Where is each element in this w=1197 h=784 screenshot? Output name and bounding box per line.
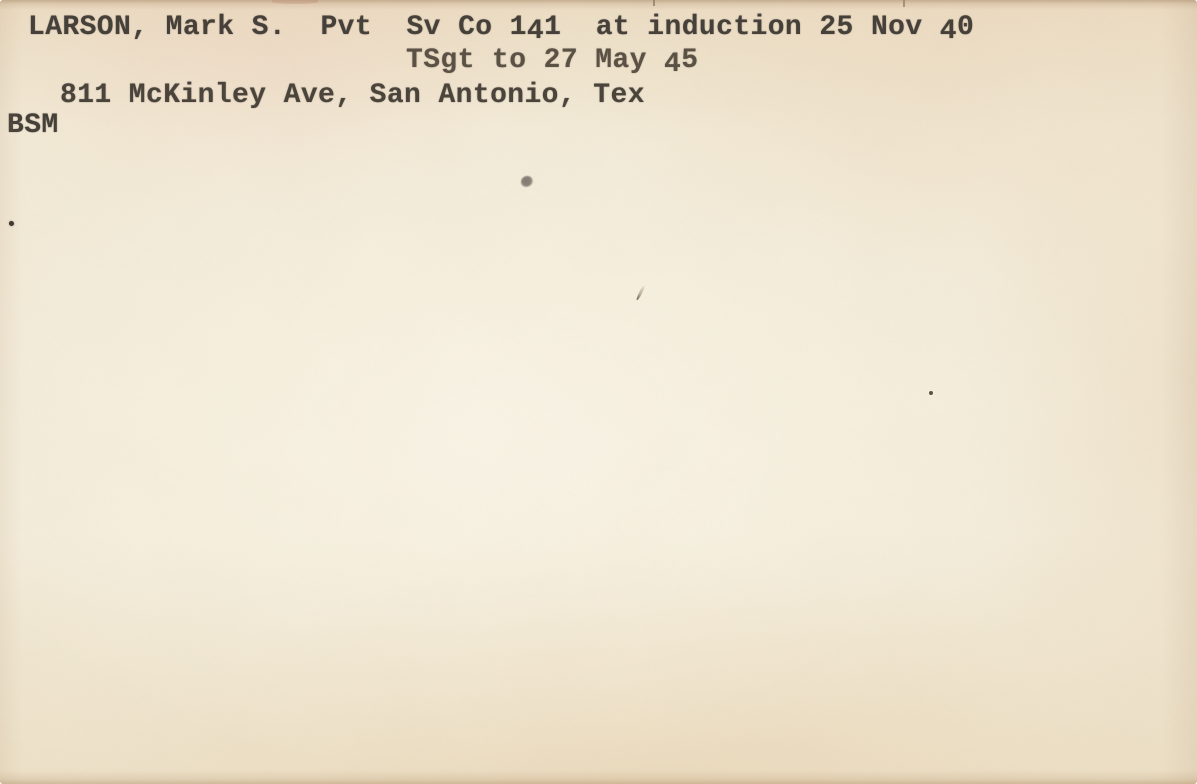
scratch-mark	[636, 285, 646, 301]
typed-line-address: 811 McKinley Ave, San Antonio, Tex	[60, 80, 645, 112]
typed-line-award: BSM	[7, 110, 59, 142]
paper-grain-overlay	[0, 0, 1197, 784]
top-edge-mark	[903, 0, 905, 7]
pink-smudge	[272, 0, 318, 4]
ink-speck-right	[929, 391, 933, 395]
typed-line-promotion: TSgt to 27 May 45	[406, 45, 698, 77]
ink-speck-left	[9, 221, 14, 226]
scan-edge-shading	[0, 0, 1197, 784]
top-edge-mark	[653, 0, 655, 6]
gray-ink-stain	[521, 176, 533, 187]
typed-line-name-rank-unit-induction: LARSON, Mark S. Pvt Sv Co 141 at inducti…	[28, 12, 974, 44]
scanned-index-card: LARSON, Mark S. Pvt Sv Co 141 at inducti…	[0, 0, 1197, 784]
